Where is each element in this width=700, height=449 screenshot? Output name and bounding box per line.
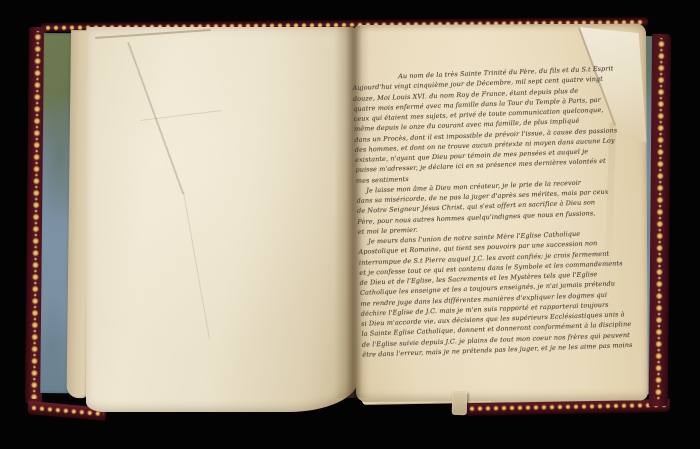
gilt-tooling-right bbox=[653, 38, 667, 400]
right-cover-edge bbox=[649, 34, 671, 406]
left-blank-page bbox=[86, 27, 358, 412]
gilt-tooling-bottom-right bbox=[460, 401, 666, 413]
page-tab bbox=[452, 392, 468, 415]
manuscript-text: Au nom de la très Sainte Trinité du Père… bbox=[352, 63, 647, 360]
photo-stage: Au nom de la très Sainte Trinité du Père… bbox=[0, 0, 700, 449]
